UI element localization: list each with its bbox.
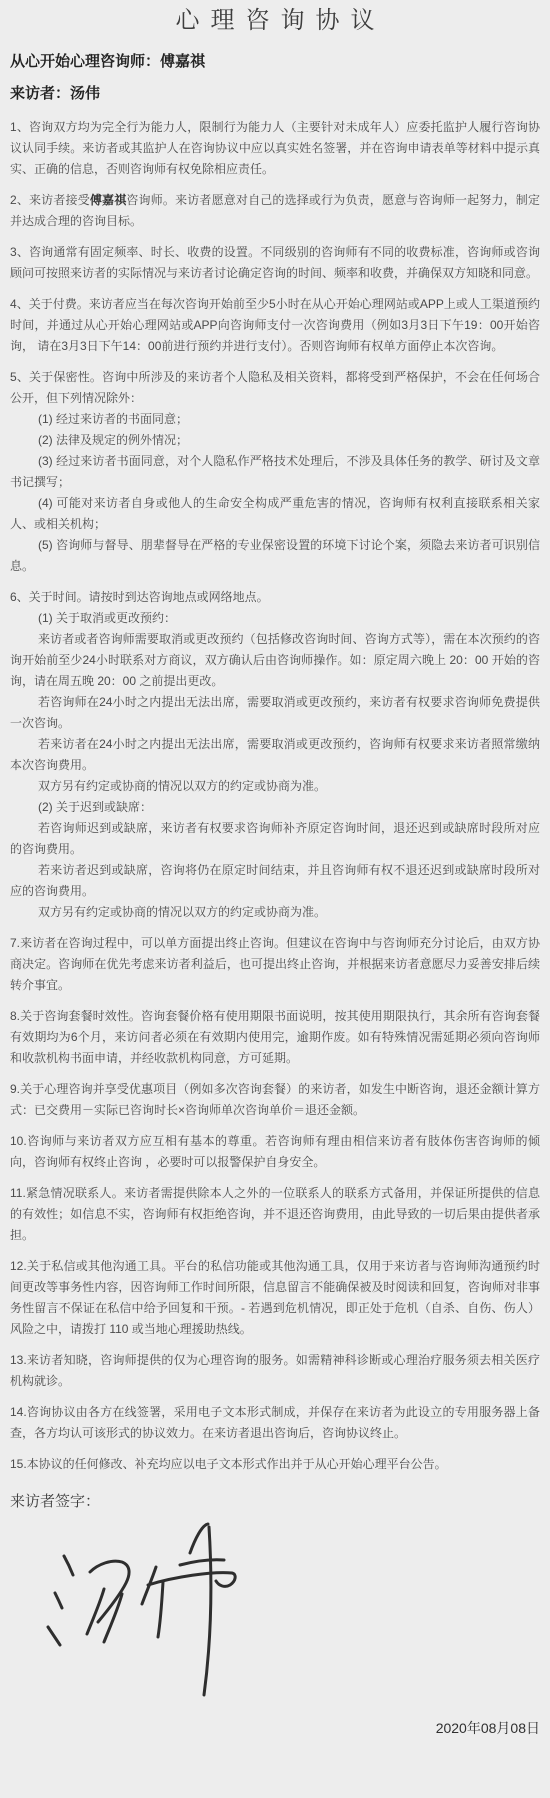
clause-paragraph: (3) 经过来访者书面同意，对个人隐私作严格技术处理后，不涉及具体任务的教学、研… (10, 451, 540, 493)
counselor-name-bold: 傅嘉祺 (90, 193, 127, 207)
signature-label: 来访者签字： (10, 1492, 540, 1511)
signature-drawing (38, 1515, 268, 1710)
clause-paragraph: 双方另有约定或协商的情况以双方的约定或协商为准。 (10, 776, 540, 797)
clause-paragraph: 若来访者迟到或缺席，咨询将仍在原定时间结束，并且咨询师有权不退还迟到或缺席时段所… (10, 860, 540, 902)
clause-paragraph: (4) 可能对来访者自身或他人的生命安全构成严重危害的情况，咨询师有权利直接联系… (10, 493, 540, 535)
clause-paragraph: 7.来访者在咨询过程中，可以单方面提出终止咨询。但建议在咨询中与咨询师充分讨论后… (10, 933, 540, 996)
clause-paragraph: 5、关于保密性。咨询中所涉及的来访者个人隐私及相关资料，都将受到严格保护，不会在… (10, 367, 540, 409)
clause-paragraph: 若咨询师在24小时之内提出无法出席，需要取消或更改预约，来访者有权要求咨询师免费… (10, 692, 540, 734)
clause-paragraph: 双方另有约定或协商的情况以双方的约定或协商为准。 (10, 902, 540, 923)
clause-paragraph: 11.紧急情况联系人。来访者需提供除本人之外的一位联系人的联系方式备用，并保证所… (10, 1183, 540, 1246)
clause-paragraph: (1) 经过来访者的书面同意； (10, 409, 540, 430)
clause-paragraph: 10.咨询师与来访者双方应互相有基本的尊重。若咨询师有理由相信来访者有肢体伤害咨… (10, 1131, 540, 1173)
agreement-document: 心理咨询协议 从心开始心理咨询师：傅嘉祺 来访者：汤伟 1、咨询双方均为完全行为… (0, 0, 550, 1798)
clause-paragraph: 15.本协议的任何修改、补充均应以电子文本形式作出并于从心开始心理平台公告。 (10, 1454, 540, 1475)
clause-paragraph: (2) 关于迟到或缺席： (10, 797, 540, 818)
counselor-line: 从心开始心理咨询师：傅嘉祺 (10, 53, 540, 71)
clause-list: 1、咨询双方均为完全行为能力人，限制行为能力人（主要针对未成年人）应委托监护人履… (10, 117, 540, 1475)
clause-paragraph: 若咨询师迟到或缺席，来访者有权要求咨询师补齐原定咨询时间，退还迟到或缺席时段所对… (10, 818, 540, 860)
clause-paragraph: 若来访者在24小时之内提出无法出席，需要取消或更改预约，咨询师有权要求来访者照常… (10, 734, 540, 776)
clause-paragraph: 14.咨询协议由各方在线签署，采用电子文本形式制成，并保存在来访者为此设立的专用… (10, 1402, 540, 1444)
clause-paragraph: (5) 咨询师与督导、朋辈督导在严格的专业保密设置的环境下讨论个案，须隐去来访者… (10, 535, 540, 577)
clause-paragraph: 1、咨询双方均为完全行为能力人，限制行为能力人（主要针对未成年人）应委托监护人履… (10, 117, 540, 180)
signature-date: 2020年08月08日 (10, 1718, 540, 1738)
clause-paragraph: 4、关于付费。来访者应当在每次咨询开始前至少5小时在从心开始心理网站或APP上或… (10, 294, 540, 357)
clause-paragraph: 来访者或者咨询师需要取消或更改预约（包括修改咨询时间、咨询方式等），需在本次预约… (10, 629, 540, 692)
handwritten-signature (38, 1515, 268, 1710)
clause-paragraph: (1) 关于取消或更改预约： (10, 608, 540, 629)
clause-paragraph: 3、咨询通常有固定频率、时长、收费的设置。不同级别的咨询师有不同的收费标准，咨询… (10, 242, 540, 284)
clause-paragraph: 2、来访者接受傅嘉祺咨询师。来访者愿意对自己的选择或行为负责，愿意与咨询师一起努… (10, 190, 540, 232)
clause-paragraph: 12.关于私信或其他沟通工具。平台的私信功能或其他沟通工具，仅用于来访者与咨询师… (10, 1256, 540, 1340)
visitor-line: 来访者：汤伟 (10, 85, 540, 103)
page-title: 心理咨询协议 (10, 6, 540, 36)
clause-text: 2、来访者接受 (10, 193, 90, 207)
clause-paragraph: 8.关于咨询套餐时效性。咨询套餐价格有使用期限书面说明，按其使用期限执行，其余所… (10, 1006, 540, 1069)
clause-paragraph: 9.关于心理咨询并享受优惠项目（例如多次咨询套餐）的来访者，如发生中断咨询，退还… (10, 1079, 540, 1121)
clause-paragraph: 13.来访者知晓，咨询师提供的仅为心理咨询的服务。如需精神科诊断或心理治疗服务须… (10, 1350, 540, 1392)
clause-paragraph: 6、关于时间。请按时到达咨询地点或网络地点。 (10, 587, 540, 608)
clause-paragraph: (2) 法律及规定的例外情况； (10, 430, 540, 451)
